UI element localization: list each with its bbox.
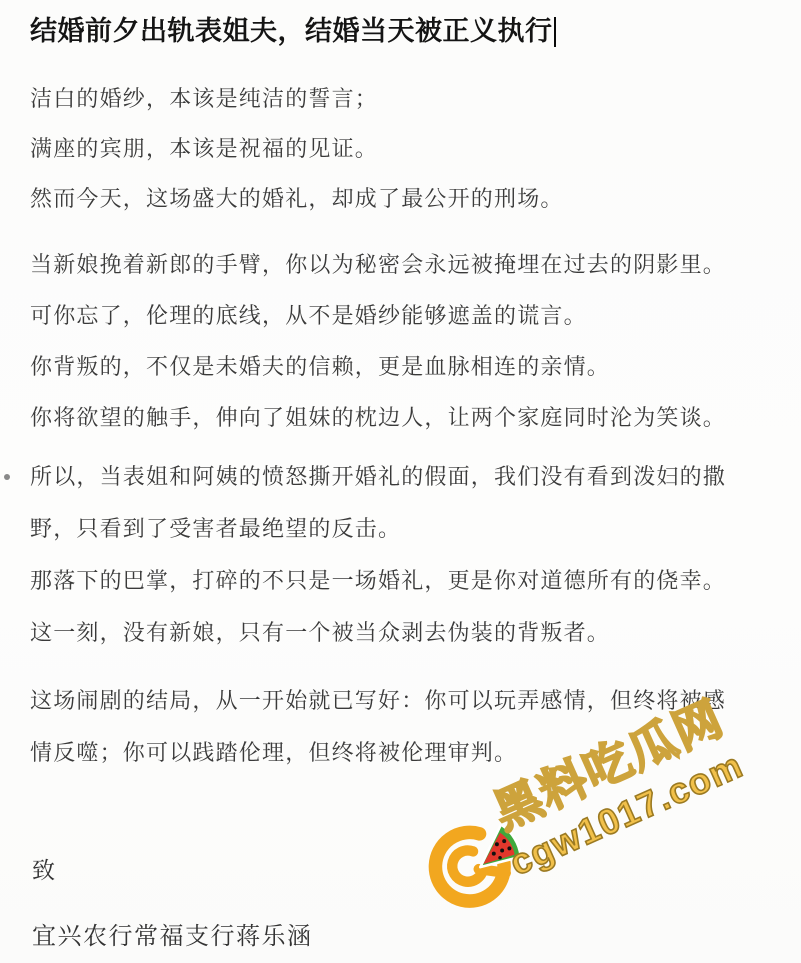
document-title: 结婚前夕出轨表姐夫，结婚当天被正义执行 [30, 12, 556, 50]
paragraph-3-line-4: 这一刻，没有新娘，只有一个被当众剥去伪装的背叛者。 [30, 607, 781, 659]
paragraph-2-line-3: 你背叛的，不仅是未婚夫的信赖，更是血脉相连的亲情。 [30, 341, 781, 392]
recipient-line: 宜兴农行常福支行蒋乐涵 [32, 916, 313, 951]
paragraph-2-line-2: 可你忘了，伦理的底线，从不是婚纱能够遮盖的谎言。 [30, 290, 781, 341]
paragraph-4-line-1: 这场闹剧的结局，从一开始就已写好：你可以玩弄感情，但终将被感 [30, 675, 781, 727]
paragraph-1-line-3: 然而今天，这场盛大的婚礼，却成了最公开的刑场。 [30, 174, 781, 224]
paragraph-3: 所以，当表姐和阿姨的愤怒撕开婚礼的假面，我们没有看到泼妇的撒 野，只看到了受害者… [30, 451, 781, 659]
document-title-text: 结婚前夕出轨表姐夫，结婚当天被正义执行 [30, 16, 553, 46]
paragraph-3-line-2: 野，只看到了受害者最绝望的反击。 [30, 503, 781, 555]
document-page: 结婚前夕出轨表姐夫，结婚当天被正义执行 洁白的婚纱，本该是纯洁的誓言； 满座的宾… [0, 0, 801, 963]
paragraph-1-line-2: 满座的宾朋，本该是祝福的见证。 [30, 124, 781, 174]
scan-artifact-dot [4, 474, 10, 480]
paragraph-2-line-4: 你将欲望的触手，伸向了姐妹的枕边人，让两个家庭同时沦为笑谈。 [30, 392, 781, 443]
paragraph-2: 当新娘挽着新郎的手臂，你以为秘密会永远被掩埋在过去的阴影里。 可你忘了，伦理的底… [30, 239, 781, 443]
paragraph-3-line-1: 所以，当表姐和阿姨的愤怒撕开婚礼的假面，我们没有看到泼妇的撒 [30, 451, 781, 503]
paragraph-3-line-3: 那落下的巴掌，打碎的不只是一场婚礼，更是你对道德所有的侥幸。 [30, 555, 781, 607]
text-caret [554, 17, 557, 47]
paragraph-4-line-2: 情反噬；你可以践踏伦理，但终将被伦理审判。 [30, 727, 781, 779]
paragraph-1-line-1: 洁白的婚纱，本该是纯洁的誓言； [30, 74, 781, 124]
paragraph-4: 这场闹剧的结局，从一开始就已写好：你可以玩弄感情，但终将被感 情反噬；你可以践踏… [30, 675, 781, 779]
watermelon-c-logo-icon [421, 812, 525, 916]
closing-word: 致 [32, 852, 56, 885]
paragraph-2-line-1: 当新娘挽着新郎的手臂，你以为秘密会永远被掩埋在过去的阴影里。 [30, 239, 781, 290]
paragraph-1: 洁白的婚纱，本该是纯洁的誓言； 满座的宾朋，本该是祝福的见证。 然而今天，这场盛… [30, 74, 781, 224]
